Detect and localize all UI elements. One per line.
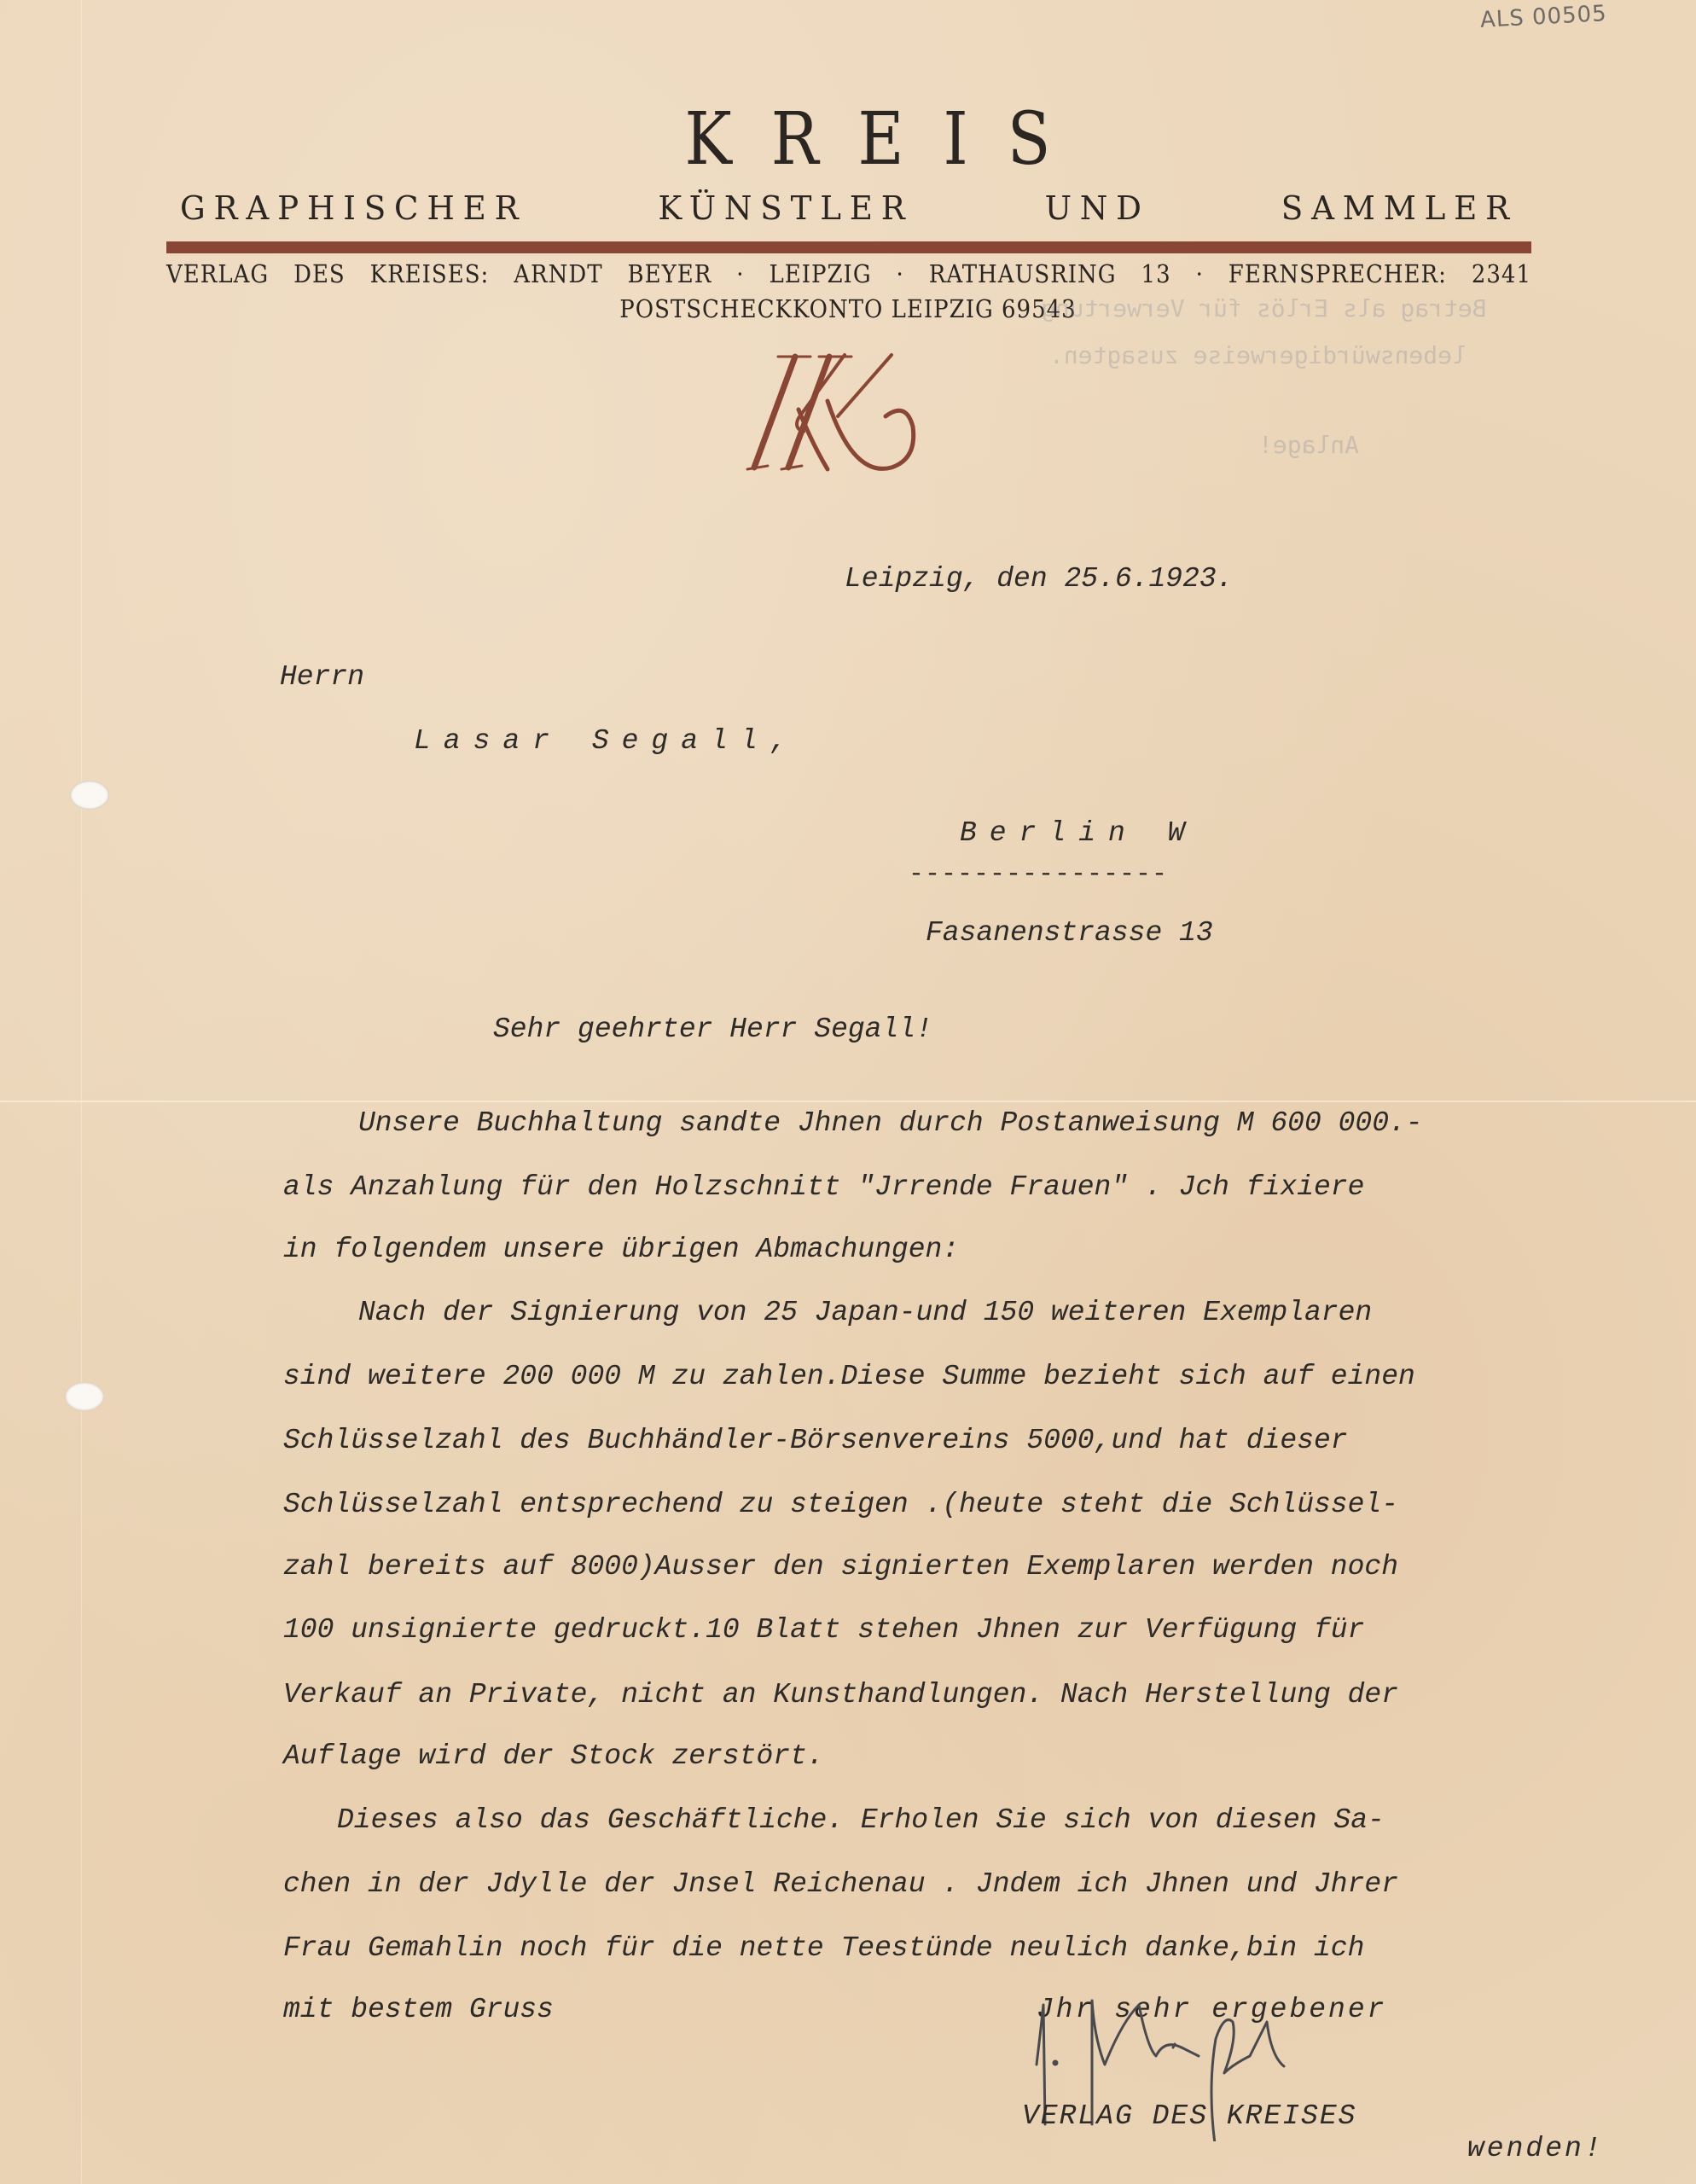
body-line: Schlüsselzahl entsprechend zu steigen .(…: [283, 1489, 1398, 1520]
fold-crease-horizontal: [0, 1101, 1696, 1102]
recipient-street: Fasanenstrasse 13: [926, 917, 1213, 949]
bleed-through-line-2: lebenswürdigerweise zusagten.: [1049, 341, 1467, 369]
bleed-through-line-3: Anlage!: [1258, 431, 1359, 459]
body-line: mit bestem Gruss: [283, 1994, 554, 2025]
recipient-name: Lasar Segall,: [414, 725, 799, 757]
bleed-through-line-1: Betrag als Erlös für Verwertung: [1041, 294, 1487, 322]
body-line: 100 unsignierte gedruckt.10 Blatt stehen…: [283, 1614, 1364, 1646]
punch-hole-top: [70, 781, 109, 810]
recipient-salutation: Herrn: [280, 661, 364, 693]
body-line: Unsere Buchhaltung sandte Jhnen durch Po…: [358, 1107, 1423, 1139]
body-line: Verkauf an Private, nicht an Kunsthandlu…: [283, 1679, 1398, 1711]
fold-crease-vertical: [81, 0, 82, 2184]
archive-id: ALS 00505: [1479, 1, 1607, 33]
body-line: chen in der Jdylle der Jnsel Reichenau .…: [283, 1868, 1398, 1900]
body-line: Frau Gemahlin noch für die nette Teestün…: [283, 1932, 1364, 1964]
letterhead-address: VERLAG DES KREISES: ARNDT BEYER · LEIPZI…: [166, 261, 1531, 289]
punch-hole-bottom: [65, 1382, 104, 1411]
body-line: Schlüsselzahl des Buchhändler-Börsenvere…: [283, 1425, 1348, 1456]
city-underline: ----------------: [909, 860, 1168, 889]
kk-monogram-icon: [742, 350, 947, 478]
body-line: als Anzahlung für den Holzschnitt "Jrren…: [283, 1171, 1364, 1203]
letterhead-subtitle: GRAPHISCHER KÜNSTLER UND SAMMLER: [180, 189, 1518, 227]
letterhead-rule: [166, 241, 1531, 253]
place-date: Leipzig, den 25.6.1923.: [845, 563, 1233, 595]
letter-page: ALS 00505 KREIS GRAPHISCHER KÜNSTLER UND…: [0, 0, 1696, 2184]
recipient-city: Berlin W: [960, 817, 1197, 849]
body-line: sind weitere 200 000 M zu zahlen.Diese S…: [283, 1361, 1415, 1392]
body-line: in folgendem unsere übrigen Abmachungen:: [283, 1234, 959, 1265]
turn-over-note: wenden!: [1467, 2133, 1604, 2164]
letterhead-title: KREIS: [0, 97, 1696, 182]
signatory: VERLAG DES KREISES: [1022, 2100, 1356, 2132]
body-line: Dieses also das Geschäftliche. Erholen S…: [337, 1804, 1385, 1836]
body-line: Auflage wird der Stock zerstört.: [283, 1740, 824, 1772]
greeting: Sehr geehrter Herr Segall!: [493, 1014, 932, 1045]
body-line: zahl bereits auf 8000)Ausser den signier…: [283, 1551, 1398, 1583]
body-line: Nach der Signierung von 25 Japan-und 150…: [358, 1297, 1372, 1328]
